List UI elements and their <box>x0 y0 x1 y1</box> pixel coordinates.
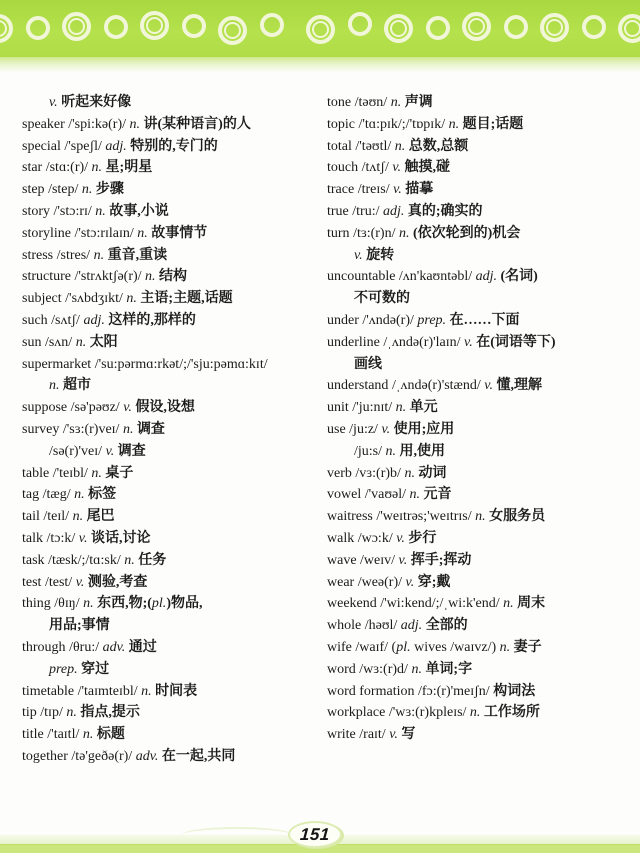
ring-icon <box>306 15 335 44</box>
entry-line: word formation /fɔ:(r)'meɪʃn/ 构词法 <box>327 681 627 703</box>
headword: wear <box>327 575 358 590</box>
chinese-gloss: 步骤 <box>92 182 124 197</box>
chinese-gloss: 描摹 <box>402 182 434 197</box>
pos-label: n. <box>126 291 137 306</box>
chinese-gloss: 在(词语等下) <box>473 335 556 350</box>
pos-label: n. <box>145 269 156 284</box>
chinese-gloss: 尾巴 <box>83 509 115 524</box>
headword: stress <box>22 248 57 263</box>
headword: use <box>327 422 349 437</box>
entry-line: storyline /'stɔ:rɪlaɪn/ n. 故事情节 <box>22 223 327 245</box>
phonetic: /fɔ:(r)'meɪʃn/ <box>418 684 493 699</box>
phonetic: /'sɜ:(r)veɪ/ <box>63 422 123 437</box>
dictionary-entry: under /'ʌndə(r)/ prep. 在……下面 <box>327 310 627 332</box>
dictionary-entry: structure /'strʌktʃə(r)/ n. 结构 <box>22 266 327 288</box>
chinese-gloss: 主语;主题,话题 <box>137 291 233 306</box>
pos-label: v. <box>406 575 415 590</box>
headword: survey <box>22 422 63 437</box>
entry-line: /ju:s/ n. 用,使用 <box>327 441 627 463</box>
chinese-gloss: 在一起,共同 <box>158 749 235 764</box>
phonetic: /tɪp/ <box>40 705 66 720</box>
entry-line: waitress /'weɪtrəs;'weɪtrɪs/ n. 女服务员 <box>327 506 627 528</box>
dictionary-entry: tone /təʊn/ n. 声调 <box>327 92 627 114</box>
pos-label: n. <box>124 553 135 568</box>
pos-label: n. <box>399 226 410 241</box>
pos-label: n. <box>395 139 406 154</box>
headword: write <box>327 727 359 742</box>
entry-line: weekend /'wi:kend/;/ˌwi:k'end/ n. 周末 <box>327 593 627 615</box>
entry-line: touch /tʌtʃ/ v. 触摸,碰 <box>327 157 627 179</box>
headword: understand <box>327 378 392 393</box>
dictionary-entry: talk /tɔ:k/ v. 谈话,讨论 <box>22 528 327 550</box>
pos-label: adj. <box>401 618 422 633</box>
entry-line: thing /θɪŋ/ n. 东西,物;(pl.)物品, <box>22 593 327 615</box>
entry-line: tag /tæg/ n. 标签 <box>22 484 327 506</box>
phonetic: /'stɔ:rɪlaɪn/ <box>75 226 138 241</box>
pos-label: n. <box>391 95 402 110</box>
pos-label: v. <box>392 160 401 175</box>
entry-line: 不可数的 <box>327 288 627 310</box>
column-right: tone /təʊn/ n. 声调topic /'tɑ:pɪk/;/'tɒpɪk… <box>327 92 627 768</box>
headword: word <box>327 662 359 677</box>
chinese-gloss: 周末 <box>514 596 546 611</box>
ring-icon <box>540 13 569 42</box>
dictionary-entry: test /test/ v. 测验,考查 <box>22 572 327 594</box>
entry-line: tail /teɪl/ n. 尾巴 <box>22 506 327 528</box>
headword: wife <box>327 640 355 655</box>
entry-line: wife /waɪf/ (pl. wives /waɪvz/) n. 妻子 <box>327 637 627 659</box>
ring-icon <box>462 12 491 41</box>
chinese-gloss: 超市 <box>60 378 92 393</box>
phonetic: /'taɪtl/ <box>47 727 83 742</box>
pos-label: v. <box>106 444 115 459</box>
chinese-gloss: 这样的,那样的 <box>105 313 196 328</box>
phonetic: /tɜ:(r)n/ <box>353 226 399 241</box>
chinese-gloss: 女服务员 <box>486 509 546 524</box>
pos-label: n. <box>73 509 84 524</box>
dictionary-entry: unit /'ju:nɪt/ n. 单元 <box>327 397 627 419</box>
dictionary-entry: vowel /'vaʊəl/ n. 元音 <box>327 484 627 506</box>
phonetic: /sə'pəʊz/ <box>71 400 124 415</box>
dictionary-entry: workplace /'wɜ:(r)kpleɪs/ n. 工作场所 <box>327 702 627 724</box>
phonetic: /təʊn/ <box>355 95 391 110</box>
pos-label: v. <box>393 182 402 197</box>
headword: thing <box>22 596 54 611</box>
headword: supermarket <box>22 357 95 372</box>
pos-label: prep. <box>417 313 446 328</box>
dictionary-entry: weekend /'wi:kend/;/ˌwi:k'end/ n. 周末 <box>327 593 627 615</box>
dictionary-entry: walk /wɔ:k/ v. 步行 <box>327 528 627 550</box>
pos-label: adv. <box>103 640 126 655</box>
headword: wave <box>327 553 360 568</box>
headword: structure <box>22 269 74 284</box>
chinese-gloss: 时间表 <box>152 684 198 699</box>
ring-icon <box>426 16 450 40</box>
phonetic: /treɪs/ <box>358 182 393 197</box>
entry-line: survey /'sɜ:(r)veɪ/ n. 调查 <box>22 419 327 441</box>
textbook-page: v. 听起来好像speaker /'spi:kə(r)/ n. 讲(某种语言)的… <box>0 0 640 853</box>
entry-line: story /'stɔ:rɪ/ n. 故事,小说 <box>22 201 327 223</box>
dictionary-entry: storyline /'stɔ:rɪlaɪn/ n. 故事情节 <box>22 223 327 245</box>
chinese-gloss: 挥手;挥动 <box>407 553 471 568</box>
dictionary-entry: suppose /sə'pəʊz/ v. 假设,设想 <box>22 397 327 419</box>
entry-line: n. 超市 <box>22 375 327 397</box>
pos-label: adj. <box>105 139 126 154</box>
phonetic: /tə'geðə(r)/ <box>71 749 135 764</box>
phonetic: /'su:pərmɑ:rkət/;/'sju:pəmɑ:kɪt/ <box>95 357 268 372</box>
headword: table <box>22 466 53 481</box>
entry-line: unit /'ju:nɪt/ n. 单元 <box>327 397 627 419</box>
pos-label: n. <box>503 596 514 611</box>
pos-label: n. <box>74 487 85 502</box>
pos-label: n. <box>500 640 511 655</box>
phonetic: /ˌʌndə(r)'laɪn/ <box>383 335 464 350</box>
phonetic: /'teɪbl/ <box>53 466 92 481</box>
phonetic: /'ju:nɪt/ <box>352 400 395 415</box>
ring-icon <box>618 14 640 43</box>
phonetic: /raɪt/ <box>359 727 389 742</box>
pos-label: n. <box>449 117 460 132</box>
phonetic: /'stɔ:rɪ/ <box>54 204 96 219</box>
chinese-gloss: 用,使用 <box>396 444 445 459</box>
entry-line: structure /'strʌktʃə(r)/ n. 结构 <box>22 266 327 288</box>
dictionary-entry: v. 听起来好像 <box>22 92 327 114</box>
pos-label: n. <box>410 487 421 502</box>
dictionary-entry: such /sʌtʃ/ adj. 这样的,那样的 <box>22 310 327 332</box>
phonetic: /stres/ <box>57 248 94 263</box>
dictionary-entry: whole /həʊl/ adj. 全部的 <box>327 615 627 637</box>
pos-label: n. <box>66 705 77 720</box>
headword: speaker <box>22 117 68 132</box>
headword: true <box>327 204 352 219</box>
ring-icon <box>62 12 91 41</box>
pos-label: v. <box>354 248 363 263</box>
entry-line: talk /tɔ:k/ v. 谈话,讨论 <box>22 528 327 550</box>
entry-line: suppose /sə'pəʊz/ v. 假设,设想 <box>22 397 327 419</box>
entry-line: whole /həʊl/ adj. 全部的 <box>327 615 627 637</box>
dictionary-entry: task /tæsk/;/tɑ:sk/ n. 任务 <box>22 550 327 572</box>
page-number: 151 <box>299 825 330 845</box>
chinese-gloss: 在……下面 <box>446 313 520 328</box>
chinese-gloss: 构词法 <box>493 684 535 699</box>
entry-line: wear /weə(r)/ v. 穿;戴 <box>327 572 627 594</box>
phonetic: /ˌʌndə(r)'stænd/ <box>392 378 484 393</box>
dictionary-entry: table /'teɪbl/ n. 桌子 <box>22 463 327 485</box>
chinese-gloss: 重音,重读 <box>104 248 167 263</box>
phonetic: /'wi:kend/;/ˌwi:k'end/ <box>380 596 503 611</box>
headword: timetable <box>22 684 78 699</box>
entry-line: word /wɜ:(r)d/ n. 单词;字 <box>327 659 627 681</box>
headword: vowel <box>327 487 365 502</box>
headword: step <box>22 182 48 197</box>
dictionary-entry: true /tru:/ adj. 真的;确实的 <box>327 201 627 223</box>
entry-line: test /test/ v. 测验,考查 <box>22 572 327 594</box>
ring-icon <box>384 14 413 43</box>
phonetic: wives /waɪvz/) <box>411 640 500 655</box>
pos-label: n. <box>94 248 105 263</box>
entry-line: title /'taɪtl/ n. 标题 <box>22 724 327 746</box>
pos-label: v. <box>49 95 58 110</box>
phonetic: /weɪv/ <box>360 553 399 568</box>
headword: through <box>22 640 69 655</box>
entry-line: table /'teɪbl/ n. 桌子 <box>22 463 327 485</box>
headword: such <box>22 313 51 328</box>
dictionary-entry: touch /tʌtʃ/ v. 触摸,碰 <box>327 157 627 179</box>
pos-label: n. <box>411 662 422 677</box>
pos-label: v. <box>396 531 405 546</box>
chinese-gloss: 穿过 <box>78 662 110 677</box>
dictionary-entry: sun /sʌn/ n. 太阳 <box>22 332 327 354</box>
phonetic: /tʌtʃ/ <box>362 160 393 175</box>
chinese-gloss: 调查 <box>133 422 165 437</box>
entry-line: /sə(r)'veɪ/ v. 调查 <box>22 441 327 463</box>
chinese-gloss: 单词;字 <box>422 662 472 677</box>
pos-label: n. <box>82 182 93 197</box>
decorative-top-border <box>0 0 640 57</box>
dictionary-entry: waitress /'weɪtrəs;'weɪtrɪs/ n. 女服务员 <box>327 506 627 528</box>
headword: word formation <box>327 684 418 699</box>
headword: touch <box>327 160 362 175</box>
chinese-gloss: 太阳 <box>86 335 118 350</box>
entry-line: tip /tɪp/ n. 指点,提示 <box>22 702 327 724</box>
headword: storyline <box>22 226 75 241</box>
entry-line: use /ju:z/ v. 使用;应用 <box>327 419 627 441</box>
chinese-gloss: 故事情节 <box>148 226 208 241</box>
entry-line: underline /ˌʌndə(r)'laɪn/ v. 在(词语等下) <box>327 332 627 354</box>
chinese-gloss: 全部的 <box>422 618 468 633</box>
entry-line: supermarket /'su:pərmɑ:rkət/;/'sju:pəmɑ:… <box>22 354 327 376</box>
pos-label: n. <box>130 117 141 132</box>
dictionary-entry: stress /stres/ n. 重音,重读 <box>22 245 327 267</box>
headword: waitress <box>327 509 376 524</box>
dictionary-entry: total /'təʊtl/ n. 总数,总额 <box>327 136 627 158</box>
pos-label: v. <box>399 553 408 568</box>
phonetic: /'wɜ:(r)kpleɪs/ <box>389 705 470 720</box>
pos-label: prep. <box>49 662 78 677</box>
chinese-gloss: 星;明星 <box>102 160 152 175</box>
phonetic: /teɪl/ <box>43 509 72 524</box>
entry-line: timetable /'taɪmteɪbl/ n. 时间表 <box>22 681 327 703</box>
pos-label: v. <box>381 422 390 437</box>
phonetic: /'ʌndə(r)/ <box>362 313 417 328</box>
chinese-gloss: 单元 <box>406 400 438 415</box>
pos-label: adv. <box>136 749 159 764</box>
pos-label: n. <box>141 684 152 699</box>
headword: tone <box>327 95 355 110</box>
ring-icon <box>182 14 206 38</box>
headword: sun <box>22 335 45 350</box>
page-number-badge: 151 <box>288 821 342 848</box>
entry-line: uncountable /ʌn'kaʊntəbl/ adj. (名词) <box>327 266 627 288</box>
phonetic: /həʊl/ <box>365 618 401 633</box>
phonetic: /ju:s/ <box>354 444 386 459</box>
phonetic: /stɑ:(r)/ <box>46 160 92 175</box>
headword: title <box>22 727 47 742</box>
dictionary-entry: tail /teɪl/ n. 尾巴 <box>22 506 327 528</box>
chinese-gloss: 使用;应用 <box>390 422 454 437</box>
headword: trace <box>327 182 358 197</box>
phonetic: /'weɪtrəs;'weɪtrɪs/ <box>376 509 475 524</box>
chinese-gloss: 不可数的 <box>354 291 410 306</box>
entry-line: stress /stres/ n. 重音,重读 <box>22 245 327 267</box>
entry-line: vowel /'vaʊəl/ n. 元音 <box>327 484 627 506</box>
pos-label: n. <box>396 400 407 415</box>
dictionary-entry: verb /vɜ:(r)b/ n. 动词 <box>327 463 627 485</box>
dictionary-entry: wife /waɪf/ (pl. wives /waɪvz/) n. 妻子 <box>327 637 627 659</box>
chinese-gloss: 谈话,讨论 <box>87 531 150 546</box>
headword: suppose <box>22 400 71 415</box>
headword: verb <box>327 466 355 481</box>
headword: tag <box>22 487 43 502</box>
dictionary-entry: supermarket /'su:pərmɑ:rkət/;/'sju:pəmɑ:… <box>22 354 327 398</box>
headword: story <box>22 204 54 219</box>
chinese-gloss: (依次轮到的)机会 <box>410 226 521 241</box>
phonetic: /waɪf/ ( <box>355 640 396 655</box>
dictionary-entry: uncountable /ʌn'kaʊntəbl/ adj. (名词)不可数的 <box>327 266 627 310</box>
chinese-gloss: 触摸,碰 <box>401 160 450 175</box>
entry-line: speaker /'spi:kə(r)/ n. 讲(某种语言)的人 <box>22 114 327 136</box>
pos-label: v. <box>389 727 398 742</box>
phonetic: /tæsk/;/tɑ:sk/ <box>48 553 124 568</box>
chinese-gloss: 动词 <box>415 466 447 481</box>
phonetic: /θru:/ <box>69 640 103 655</box>
chinese-gloss: 东西,物;( <box>94 596 152 611</box>
entry-line: step /step/ n. 步骤 <box>22 179 327 201</box>
ring-icon <box>582 15 606 39</box>
entry-line: turn /tɜ:(r)n/ n. (依次轮到的)机会 <box>327 223 627 245</box>
chinese-gloss: 工作场所 <box>480 705 540 720</box>
ring-icon <box>26 16 50 40</box>
phonetic: /tæg/ <box>43 487 75 502</box>
dictionary-entry: tag /tæg/ n. 标签 <box>22 484 327 506</box>
entry-line: sun /sʌn/ n. 太阳 <box>22 332 327 354</box>
dictionary-entry: speaker /'spi:kə(r)/ n. 讲(某种语言)的人 <box>22 114 327 136</box>
chinese-gloss: (名词) <box>497 269 538 284</box>
chinese-gloss: 元音 <box>420 487 452 502</box>
entry-line: write /raɪt/ v. 写 <box>327 724 627 746</box>
pos-label: n. <box>137 226 148 241</box>
phonetic: /sʌn/ <box>45 335 76 350</box>
phonetic: /tɔ:k/ <box>47 531 79 546</box>
headword: under <box>327 313 362 328</box>
entry-line: 画线 <box>327 354 627 376</box>
entry-line: prep. 穿过 <box>22 659 327 681</box>
entry-line: 用品;事情 <box>22 615 327 637</box>
dictionary-entry: special /'speʃl/ adj. 特别的,专门的 <box>22 136 327 158</box>
phonetic: /'sʌbdʒɪkt/ <box>65 291 126 306</box>
pos-label: v. <box>484 378 493 393</box>
dictionary-entry: through /θru:/ adv. 通过prep. 穿过 <box>22 637 327 681</box>
ring-icon <box>348 12 372 36</box>
entry-line: subject /'sʌbdʒɪkt/ n. 主语;主题,话题 <box>22 288 327 310</box>
entry-line: walk /wɔ:k/ v. 步行 <box>327 528 627 550</box>
pos-label: n. <box>76 335 87 350</box>
entry-line: tone /təʊn/ n. 声调 <box>327 92 627 114</box>
entry-line: v. 旋转 <box>327 245 627 267</box>
dictionary-entry: tip /tɪp/ n. 指点,提示 <box>22 702 327 724</box>
entry-line: star /stɑ:(r)/ n. 星;明星 <box>22 157 327 179</box>
chinese-gloss: 指点,提示 <box>77 705 140 720</box>
phonetic: /step/ <box>48 182 82 197</box>
pos-label: n. <box>49 378 60 393</box>
chinese-gloss: 特别的,专门的 <box>127 139 218 154</box>
entry-line: workplace /'wɜ:(r)kpleɪs/ n. 工作场所 <box>327 702 627 724</box>
headword: together <box>22 749 71 764</box>
dictionary-entry: together /tə'geðə(r)/ adv. 在一起,共同 <box>22 746 327 768</box>
chinese-gloss: 桌子 <box>102 466 134 481</box>
chinese-gloss: 结构 <box>156 269 188 284</box>
ring-icon <box>218 16 247 45</box>
headword: uncountable <box>327 269 399 284</box>
chinese-gloss: 假设,设想 <box>132 400 195 415</box>
chinese-gloss: 画线 <box>354 357 382 372</box>
dictionary-entry: step /step/ n. 步骤 <box>22 179 327 201</box>
headword: total <box>327 139 355 154</box>
chinese-gloss: 用品;事情 <box>49 618 110 633</box>
chinese-gloss: 旋转 <box>363 248 395 263</box>
chinese-gloss: 写 <box>398 727 416 742</box>
dictionary-entry: star /stɑ:(r)/ n. 星;明星 <box>22 157 327 179</box>
phonetic: /test/ <box>45 575 76 590</box>
entry-line: such /sʌtʃ/ adj. 这样的,那样的 <box>22 310 327 332</box>
phonetic: /'spi:kə(r)/ <box>68 117 129 132</box>
entry-line: wave /weɪv/ v. 挥手;挥动 <box>327 550 627 572</box>
pos-label: pl. <box>396 640 410 655</box>
ring-icon <box>504 15 528 39</box>
chinese-gloss: 懂,理解 <box>493 378 542 393</box>
headword: topic <box>327 117 359 132</box>
chinese-gloss: 穿;戴 <box>414 575 450 590</box>
phonetic: /vɜ:(r)b/ <box>355 466 404 481</box>
headword: turn <box>327 226 353 241</box>
phonetic: /sʌtʃ/ <box>51 313 83 328</box>
dictionary-entry: timetable /'taɪmteɪbl/ n. 时间表 <box>22 681 327 703</box>
entry-line: trace /treɪs/ v. 描摹 <box>327 179 627 201</box>
dictionary-entry: survey /'sɜ:(r)veɪ/ n. 调查/sə(r)'veɪ/ v. … <box>22 419 327 463</box>
dictionary-entry: topic /'tɑ:pɪk/;/'tɒpɪk/ n. 题目;话题 <box>327 114 627 136</box>
chinese-gloss: 听起来好像 <box>58 95 132 110</box>
dictionary-entry: subject /'sʌbdʒɪkt/ n. 主语;主题,话题 <box>22 288 327 310</box>
entry-line: under /'ʌndə(r)/ prep. 在……下面 <box>327 310 627 332</box>
chinese-gloss: 通过 <box>125 640 157 655</box>
ring-icon <box>140 11 169 40</box>
headword: test <box>22 575 45 590</box>
dictionary-entry: story /'stɔ:rɪ/ n. 故事,小说 <box>22 201 327 223</box>
pos-label: n. <box>123 422 134 437</box>
chinese-gloss: 声调 <box>401 95 433 110</box>
headword: whole <box>327 618 365 633</box>
dictionary-entry: word formation /fɔ:(r)'meɪʃn/ 构词法 <box>327 681 627 703</box>
phonetic: /ʌn'kaʊntəbl/ <box>399 269 476 284</box>
pos-label: n. <box>386 444 397 459</box>
pos-label: n. <box>475 509 486 524</box>
pos-label: n. <box>91 466 102 481</box>
phonetic: /sə(r)'veɪ/ <box>49 444 106 459</box>
pos-label: n. <box>95 204 106 219</box>
entry-line: together /tə'geðə(r)/ adv. 在一起,共同 <box>22 746 327 768</box>
headword: task <box>22 553 48 568</box>
phonetic: /wɔ:k/ <box>358 531 397 546</box>
pos-label: v. <box>123 400 132 415</box>
vocabulary-list: v. 听起来好像speaker /'spi:kə(r)/ n. 讲(某种语言)的… <box>22 92 627 768</box>
dictionary-entry: wave /weɪv/ v. 挥手;挥动 <box>327 550 627 572</box>
ring-icon <box>104 15 128 39</box>
phonetic: /'vaʊəl/ <box>365 487 410 502</box>
dictionary-entry: word /wɜ:(r)d/ n. 单词;字 <box>327 659 627 681</box>
headword: underline <box>327 335 383 350</box>
headword: weekend <box>327 596 380 611</box>
ring-icon <box>0 14 13 43</box>
